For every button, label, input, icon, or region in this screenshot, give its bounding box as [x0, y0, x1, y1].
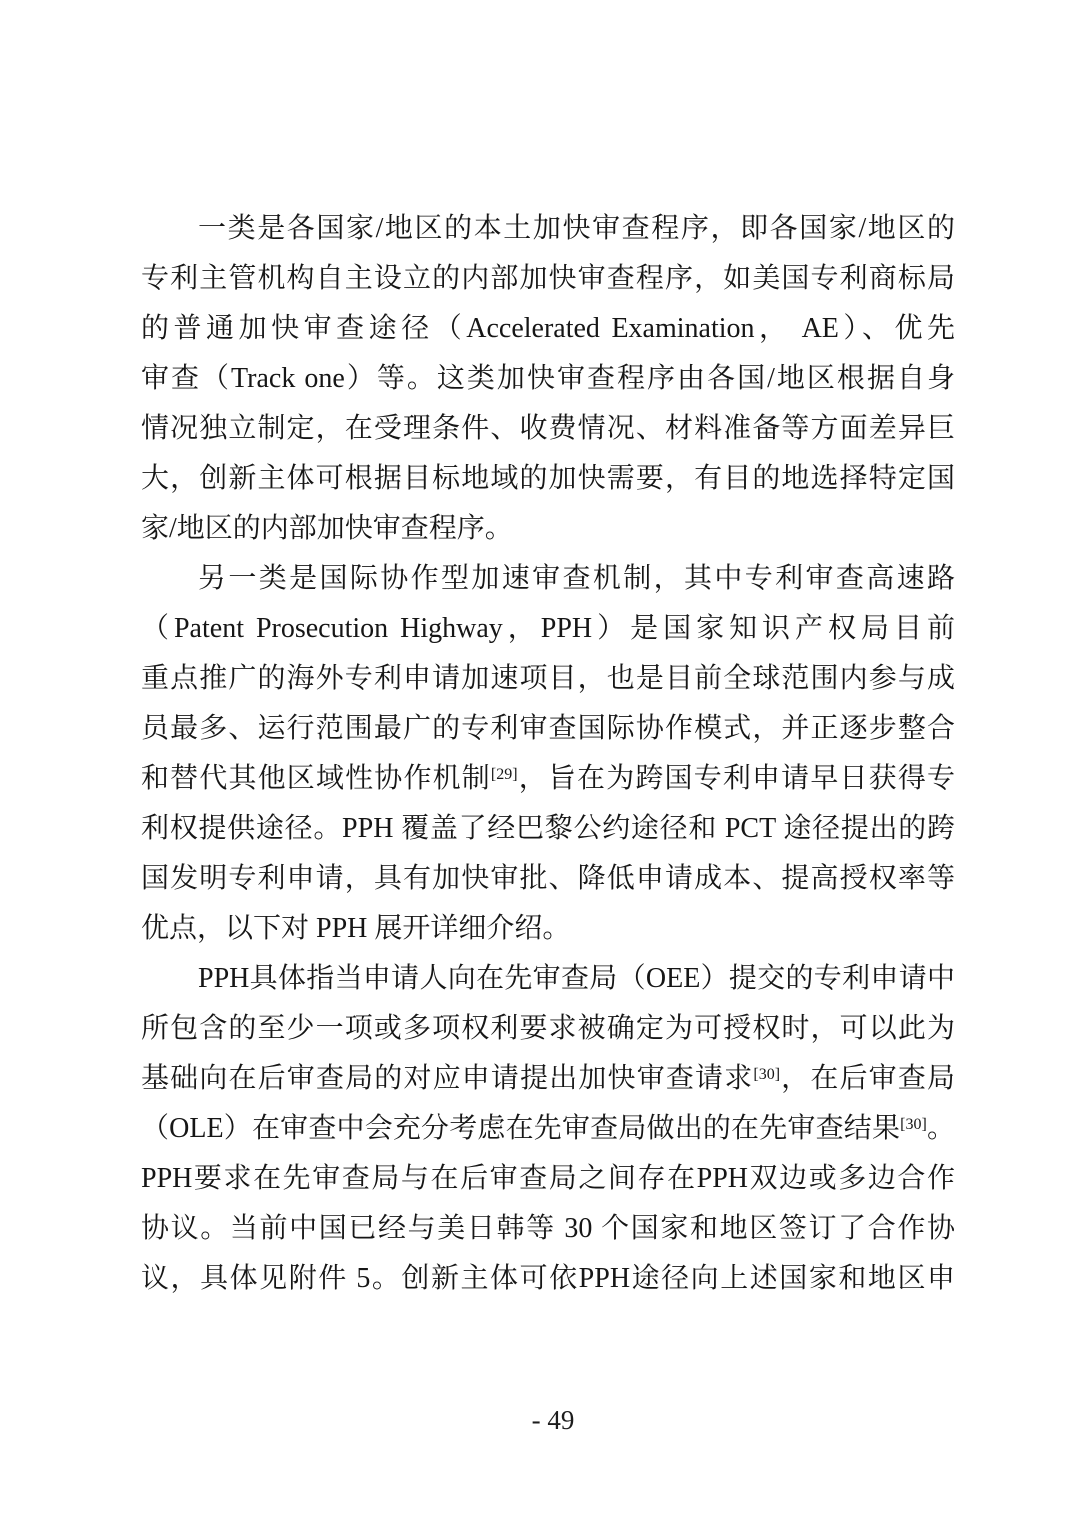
line-text: 和替代其他区域性协作机制 — [141, 763, 491, 794]
text-line: 国发明专利申请，具有加快审批、降低申请成本、提高授权率等 — [141, 854, 955, 904]
text-line: 协议。当前中国已经与美日韩等 30 个国家和地区签订了合作协 — [141, 1204, 955, 1254]
line-text: 利权提供途径。PPH 覆盖了经巴黎公约途径和 PCT 途径提出的跨 — [141, 813, 955, 844]
text-line: 家/地区的内部加快审查程序。 — [141, 504, 955, 554]
text-line: PPH具体指当申请人向在先审查局（OEE）提交的专利申请中 — [141, 954, 955, 1004]
line-text: 家/地区的内部加快审查程序。 — [141, 513, 513, 544]
line-text: 议，具体见附件 5。创新主体可依PPH途径向上述国家和地区申 — [141, 1263, 955, 1294]
line-text: ，在后审查局 — [780, 1063, 955, 1094]
line-text: 员最多、运行范围最广的专利审查国际协作模式，并正逐步整合 — [141, 713, 955, 744]
text-line: 所包含的至少一项或多项权利要求被确定为可授权时，可以此为 — [141, 1004, 955, 1054]
line-text: 重点推广的海外专利申请加速项目，也是目前全球范围内参与成 — [141, 663, 955, 694]
line-text: 的普通加快审查途径（Accelerated Examination， AE）、优… — [141, 313, 955, 344]
text-line: 审查（Track one）等。这类加快审查程序由各国/地区根据自身 — [141, 354, 955, 404]
text-line: 大，创新主体可根据目标地域的加快需要，有目的地选择特定国 — [141, 454, 955, 504]
line-text: 协议。当前中国已经与美日韩等 30 个国家和地区签订了合作协 — [141, 1213, 955, 1244]
line-text: （OLE）在审查中会充分考虑在先审查局做出的在先审查结果 — [141, 1113, 900, 1144]
footnote-ref: [30] — [753, 1066, 780, 1083]
page-text: 一类是各国家/地区的本土加快审查程序，即各国家/地区的 专利主管机构自主设立的内… — [141, 204, 955, 1304]
text-line: 和替代其他区域性协作机制[29]，旨在为跨国专利申请早日获得专 — [141, 754, 955, 804]
text-line: 优点，以下对 PPH 展开详细介绍。 — [141, 904, 955, 954]
footnote-ref: [30] — [900, 1116, 927, 1133]
line-text: 。 — [927, 1113, 955, 1144]
text-line: 另一类是国际协作型加速审查机制，其中专利审查高速路 — [141, 554, 955, 604]
text-line: 一类是各国家/地区的本土加快审查程序，即各国家/地区的 — [141, 204, 955, 254]
text-line: 情况独立制定，在受理条件、收费情况、材料准备等方面差异巨 — [141, 404, 955, 454]
text-line: 的普通加快审查途径（Accelerated Examination， AE）、优… — [141, 304, 955, 354]
line-text: PPH具体指当申请人向在先审查局（OEE）提交的专利申请中 — [198, 963, 955, 994]
line-text: 大，创新主体可根据目标地域的加快需要，有目的地选择特定国 — [141, 463, 955, 494]
line-text: 审查（Track one）等。这类加快审查程序由各国/地区根据自身 — [141, 363, 955, 394]
line-text: 情况独立制定，在受理条件、收费情况、材料准备等方面差异巨 — [141, 413, 955, 444]
text-line: 基础向在后审查局的对应申请提出加快审查请求[30]，在后审查局 — [141, 1054, 955, 1104]
line-text: 专利主管机构自主设立的内部加快审查程序，如美国专利商标局 — [141, 263, 955, 294]
text-line: 议，具体见附件 5。创新主体可依PPH途径向上述国家和地区申 — [141, 1254, 955, 1304]
line-text: （Patent Prosecution Highway，PPH）是国家知识产权局… — [141, 613, 955, 644]
line-text: 另一类是国际协作型加速审查机制，其中专利审查高速路 — [198, 563, 955, 594]
page-number: - 49 — [532, 1405, 575, 1435]
line-text: 一类是各国家/地区的本土加快审查程序，即各国家/地区的 — [198, 213, 955, 244]
text-line: 员最多、运行范围最广的专利审查国际协作模式，并正逐步整合 — [141, 704, 955, 754]
text-line: （Patent Prosecution Highway，PPH）是国家知识产权局… — [141, 604, 955, 654]
footnote-ref: [29] — [491, 766, 518, 783]
line-text: 基础向在后审查局的对应申请提出加快审查请求 — [141, 1063, 753, 1094]
document-page: 一类是各国家/地区的本土加快审查程序，即各国家/地区的 专利主管机构自主设立的内… — [0, 0, 1080, 1527]
text-line: PPH要求在先审查局与在后审查局之间存在PPH双边或多边合作 — [141, 1154, 955, 1204]
line-text: PPH要求在先审查局与在后审查局之间存在PPH双边或多边合作 — [141, 1163, 955, 1194]
text-line: （OLE）在审查中会充分考虑在先审查局做出的在先审查结果[30]。 — [141, 1104, 955, 1154]
text-line: 重点推广的海外专利申请加速项目，也是目前全球范围内参与成 — [141, 654, 955, 704]
line-text: 优点，以下对 PPH 展开详细介绍。 — [141, 913, 570, 944]
line-text: 国发明专利申请，具有加快审批、降低申请成本、提高授权率等 — [141, 863, 955, 894]
line-text: 所包含的至少一项或多项权利要求被确定为可授权时，可以此为 — [141, 1013, 955, 1044]
text-line: 专利主管机构自主设立的内部加快审查程序，如美国专利商标局 — [141, 254, 955, 304]
line-text: ，旨在为跨国专利申请早日获得专 — [518, 763, 955, 794]
page-footer: - 49 — [532, 1402, 575, 1438]
text-line: 利权提供途径。PPH 覆盖了经巴黎公约途径和 PCT 途径提出的跨 — [141, 804, 955, 854]
